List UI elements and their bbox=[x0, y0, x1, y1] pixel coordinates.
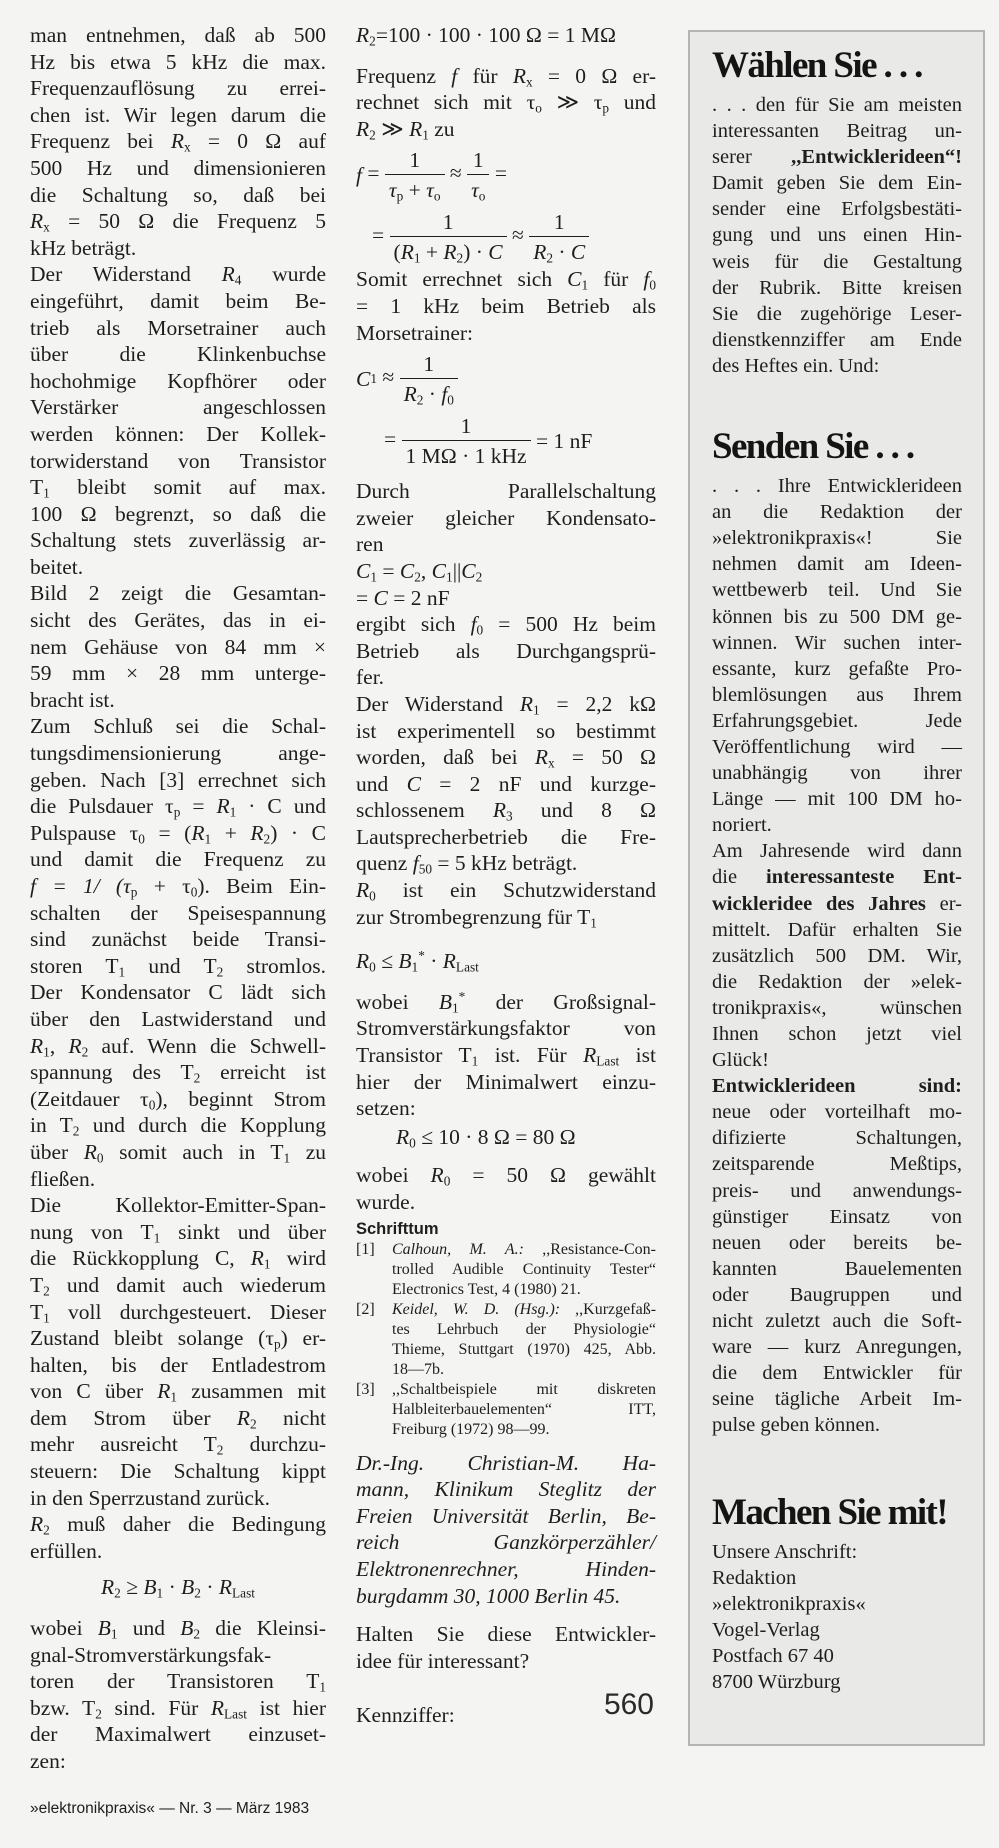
text-line: R1, R2 auf. Wenn die Schwell- bbox=[30, 1033, 326, 1060]
text-line: Frequenz f für Rx = 0 Ω er- bbox=[356, 63, 656, 90]
text-line: Durch Parallelschaltung bbox=[356, 478, 656, 505]
text-line: sicht des Gerätes, das in ei- bbox=[30, 607, 326, 634]
text-line: Die Kollektor-Emitter-Span- bbox=[30, 1192, 326, 1219]
text-line: erfüllen. bbox=[30, 1538, 326, 1565]
text-line: beitet. bbox=[30, 554, 326, 581]
text-line: trieb als Morsetrainer auch bbox=[30, 315, 326, 342]
reference-item: [2] Keidel, W. D. (Hsg.): ,,Kurzgefaß- t… bbox=[356, 1300, 656, 1380]
reader-question: Halten Sie diese Entwickler- idee für in… bbox=[356, 1621, 656, 1674]
text-line: = 1 kHz beim Betrieb als bbox=[356, 293, 656, 320]
text-line: kHz beträgt. bbox=[30, 235, 326, 262]
text-line: R0 ist ein Schutzwiderstand bbox=[356, 877, 656, 904]
heading-machen-sie-mit: Machen Sie mit! bbox=[712, 1491, 962, 1535]
equation-c1-value: = 11 MΩ · 1 kHz = 1 nF bbox=[356, 408, 656, 470]
page-footer: »elektronikpraxis« — Nr. 3 — März 1983 bbox=[30, 1800, 309, 1818]
text-line: Verstärker angeschlossen bbox=[30, 394, 326, 421]
text-line: werden können: Der Kollek- bbox=[30, 421, 326, 448]
text-line: die Rückkopplung C, R1 wird bbox=[30, 1245, 326, 1272]
equation-frequency-2: = 1(R1 + R2) · C ≈ 1R2 · C bbox=[356, 204, 656, 266]
text-line: toren der Transistoren T1 bbox=[30, 1668, 326, 1695]
text-line: ren bbox=[356, 531, 656, 558]
text-line: setzen: bbox=[356, 1095, 656, 1122]
text-line: 100 Ω begrenzt, so daß die bbox=[30, 501, 326, 528]
text-line: ist experimentell so bestimmt bbox=[356, 718, 656, 745]
text-line: über den Lastwiderstand und bbox=[30, 1006, 326, 1033]
text-line: in T2 und durch die Kopplung bbox=[30, 1112, 326, 1139]
text-line: halten, bis der Entladestrom bbox=[30, 1352, 326, 1379]
text-line: geben. Nach [3] errechnet sich bbox=[30, 767, 326, 794]
text-line: bzw. T2 sind. Für RLast ist hier bbox=[30, 1695, 326, 1722]
text-line: nung von T1 sinkt und über bbox=[30, 1219, 326, 1246]
equation-c-parallel: C1 = C2, C1||C2 bbox=[356, 558, 656, 585]
text-line: 59 mm × 28 mm unterge- bbox=[30, 660, 326, 687]
text-line: storen T1 und T2 stromlos. bbox=[30, 953, 326, 980]
text-line: über die Klinkenbuchse bbox=[30, 341, 326, 368]
text-line: wobei B1* der Großsignal- bbox=[356, 989, 656, 1016]
promo-section-waehlen: . . . den für Sie am meisten interessant… bbox=[712, 92, 962, 379]
text-line: nem Gehäuse von 84 mm × bbox=[30, 634, 326, 661]
article-column-middle: R2=100 · 100 · 100 Ω = 1 MΩ Frequenz f f… bbox=[356, 22, 656, 1730]
text-line: f = 1/ (τp + τ0). Beim Ein- bbox=[30, 873, 326, 900]
heading-senden-sie: Senden Sie . . . bbox=[712, 425, 962, 469]
text-line: T1 bleibt somit auf max. bbox=[30, 474, 326, 501]
equation-r0-value: R0 ≤ 10 · 8 Ω = 80 Ω bbox=[396, 1124, 656, 1151]
text-line: in den Sperrzustand zurück. bbox=[30, 1485, 326, 1512]
text-line: fer. bbox=[356, 664, 656, 691]
text-line: gnal-Stromverstärkungsfak- bbox=[30, 1642, 326, 1669]
text-line: T2 und damit auch wiederum bbox=[30, 1272, 326, 1299]
equation-c-total: = C = 2 nF bbox=[356, 585, 656, 612]
text-line: zen: bbox=[30, 1748, 326, 1775]
text-line: der Maximalwert einzuset- bbox=[30, 1721, 326, 1748]
text-line: Pulspause τ0 = (R1 + R2) · C bbox=[30, 820, 326, 847]
text-line: quenz f50 = 5 kHz beträgt. bbox=[356, 850, 656, 877]
text-line: (Zeitdauer τ0), beginnt Strom bbox=[30, 1086, 326, 1113]
text-line: Morsetrainer: bbox=[356, 320, 656, 347]
text-line: und damit die Frequenz zu bbox=[30, 846, 326, 873]
text-line: hier der Minimalwert einzu- bbox=[356, 1069, 656, 1096]
text-line: wurde. bbox=[356, 1189, 656, 1216]
text-line: Lautsprecherbetrieb die Fre- bbox=[356, 824, 656, 851]
text-line: hochohmige Kopfhörer oder bbox=[30, 368, 326, 395]
text-line: Stromverstärkungsfaktor von bbox=[356, 1015, 656, 1042]
text-line: worden, daß bei Rx = 50 Ω bbox=[356, 744, 656, 771]
text-line: Frequenz bei Rx = 0 Ω auf bbox=[30, 128, 326, 155]
text-line: Frequenzauflösung zu errei- bbox=[30, 75, 326, 102]
equation-r2-condition: R2 ≥ B1 · B2 · RLast bbox=[30, 1574, 326, 1601]
text-line: wobei R0 = 50 Ω gewählt bbox=[356, 1162, 656, 1189]
reader-service-number: Kennziffer: 560 bbox=[356, 1696, 656, 1730]
text-line: fließen. bbox=[30, 1166, 326, 1193]
text-line: chen ist. Wir legen darum die bbox=[30, 102, 326, 129]
text-line: rechnet sich mit τo ≫ τp und bbox=[356, 89, 656, 116]
text-line: 500 Hz und dimensionieren bbox=[30, 155, 326, 182]
text-line: zur Strombegrenzung für T1 bbox=[356, 904, 656, 931]
text-line: die Pulsdauer τp = R1 · C und bbox=[30, 793, 326, 820]
text-line: steuern: Die Schaltung kippt bbox=[30, 1458, 326, 1485]
text-line: Zum Schluß sei die Schal- bbox=[30, 713, 326, 740]
text-line: R2 muß daher die Bedingung bbox=[30, 1511, 326, 1538]
article-column-left: man entnehmen, daß ab 500 Hz bis etwa 5 … bbox=[30, 22, 326, 1775]
text-line: tungsdimensionierung ange- bbox=[30, 740, 326, 767]
text-line: Der Widerstand R1 = 2,2 kΩ bbox=[356, 691, 656, 718]
equation-frequency-1: f = 1τp + τo ≈ 1τo = bbox=[356, 142, 656, 204]
text-line: zweier gleicher Kondensato- bbox=[356, 505, 656, 532]
text-line: Der Kondensator C lädt sich bbox=[30, 979, 326, 1006]
text-line: Zustand bleibt solange (τp) er- bbox=[30, 1325, 326, 1352]
text-line: Der Widerstand R4 wurde bbox=[30, 261, 326, 288]
text-line: Somit errechnet sich C1 für f0 bbox=[356, 266, 656, 293]
text-line: dem Strom über R2 nicht bbox=[30, 1405, 326, 1432]
text-line: bracht ist. bbox=[30, 687, 326, 714]
equation-r2-value: R2=100 · 100 · 100 Ω = 1 MΩ bbox=[356, 22, 656, 49]
text-line: mehr ausreicht T2 durchzu- bbox=[30, 1431, 326, 1458]
references-heading: Schrifttum bbox=[356, 1218, 656, 1240]
text-line: die Schaltung so, daß bei bbox=[30, 182, 326, 209]
text-line: Hz bis etwa 5 kHz die max. bbox=[30, 49, 326, 76]
reference-item: [1] Calhoun, M. A.: ,,Resistance-Con- tr… bbox=[356, 1240, 656, 1300]
kennziffer-label: Kennziffer: bbox=[356, 1702, 455, 1729]
text-line: Transistor T1 ist. Für RLast ist bbox=[356, 1042, 656, 1069]
kennziffer-value: 560 bbox=[604, 1692, 654, 1719]
text-line: schlossenem R3 und 8 Ω bbox=[356, 797, 656, 824]
heading-waehlen-sie: Wählen Sie . . . bbox=[712, 44, 962, 88]
text-line: Schaltung stets zuverlässig ar- bbox=[30, 527, 326, 554]
editorial-address: Unsere Anschrift: Redaktion »elektronikp… bbox=[712, 1539, 962, 1696]
text-line: sind zunächst beide Transi- bbox=[30, 926, 326, 953]
text-line: und C = 2 nF und kurzge- bbox=[356, 771, 656, 798]
text-line: T1 voll durchgesteuert. Dieser bbox=[30, 1299, 326, 1326]
text-line: über R0 somit auch in T1 zu bbox=[30, 1139, 326, 1166]
text-line: Rx = 50 Ω die Frequenz 5 bbox=[30, 208, 326, 235]
reference-item: [3] ,,Schaltbeispiele mit diskreten Halb… bbox=[356, 1380, 656, 1440]
text-line: eingeführt, damit beim Be- bbox=[30, 288, 326, 315]
text-line: wobei B1 und B2 die Kleinsi- bbox=[30, 1615, 326, 1642]
text-line: spannung des T2 erreicht ist bbox=[30, 1059, 326, 1086]
author-credit: Dr.-Ing. Christian-M. Ha- mann, Klinikum… bbox=[356, 1450, 656, 1610]
text-line: Betrieb als Durchgangsprü- bbox=[356, 638, 656, 665]
text-line: ergibt sich f0 = 500 Hz beim bbox=[356, 611, 656, 638]
promo-sidebar-box: Wählen Sie . . . . . . den für Sie am me… bbox=[688, 30, 985, 1746]
equation-r0-condition: R0 ≤ B1* · RLast bbox=[356, 948, 656, 975]
text-line: torwiderstand von Transistor bbox=[30, 448, 326, 475]
text-line: R2 ≫ R1 zu bbox=[356, 116, 656, 143]
text-line: Bild 2 zeigt die Gesamtan- bbox=[30, 580, 326, 607]
text-line: man entnehmen, daß ab 500 bbox=[30, 22, 326, 49]
promo-section-senden: . . . Ihre Entwicklerideen an die Redakt… bbox=[712, 473, 962, 1438]
equation-c1-approx: C1 ≈ 1R2 · f0 bbox=[356, 346, 656, 408]
text-line: schalten der Speisespannung bbox=[30, 900, 326, 927]
text-line: von C über R1 zusammen mit bbox=[30, 1378, 326, 1405]
